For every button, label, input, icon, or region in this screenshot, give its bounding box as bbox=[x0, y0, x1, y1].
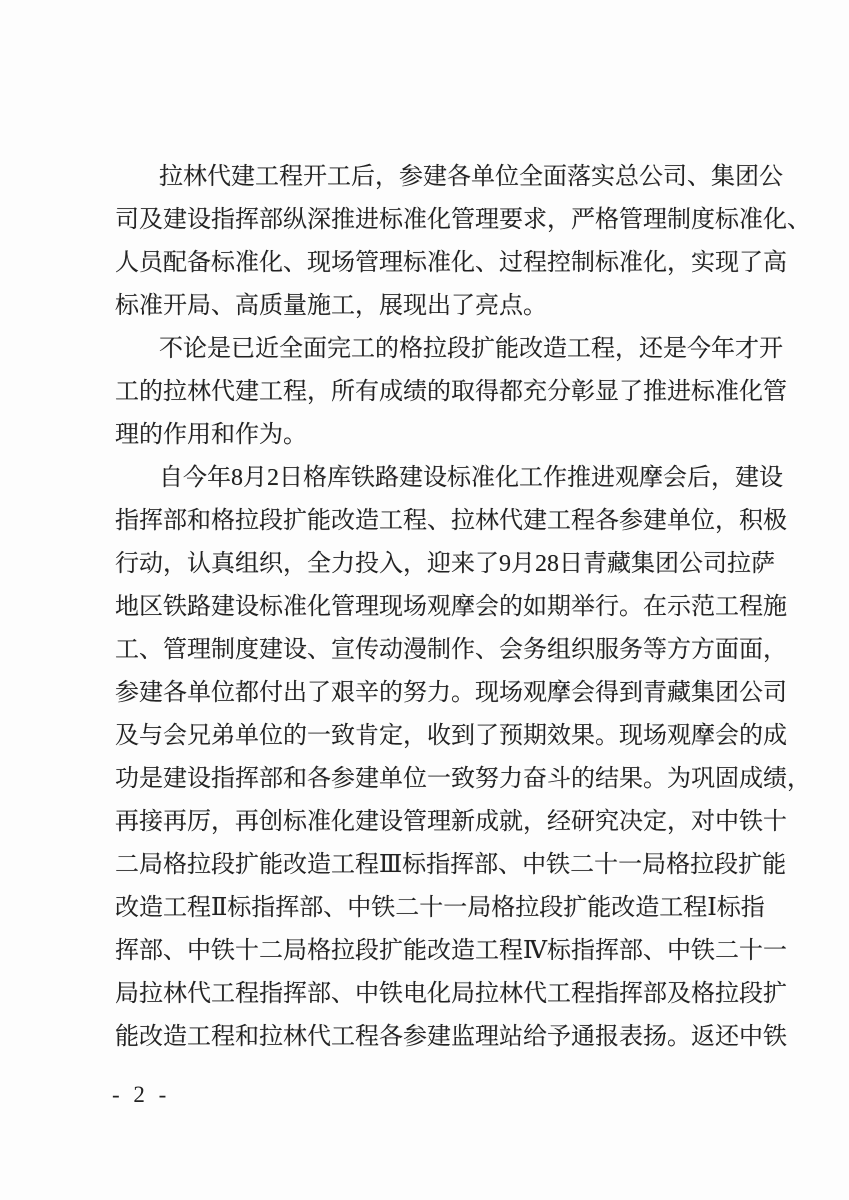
text-line: 人员配备标准化、现场管理标准化、过程控制标准化，实现了高 bbox=[115, 242, 815, 285]
text-line: 挥部、中铁十二局格拉段扩能改造工程Ⅳ标指挥部、中铁二十一 bbox=[115, 930, 815, 973]
text-line: 拉林代建工程开工后，参建各单位全面落实总公司、集团公 bbox=[115, 156, 815, 199]
text-line: 工、管理制度建设、宣传动漫制作、会务组织服务等方方面面， bbox=[115, 629, 815, 672]
text-line: 及与会兄弟单位的一致肯定，收到了预期效果。现场观摩会的成 bbox=[115, 715, 815, 758]
text-line: 行动，认真组织，全力投入，迎来了9月28日青藏集团公司拉萨 bbox=[115, 543, 815, 586]
text-line: 工的拉林代建工程，所有成绩的取得都充分彰显了推进标准化管 bbox=[115, 371, 815, 414]
text-line: 地区铁路建设标准化管理现场观摩会的如期举行。在示范工程施 bbox=[115, 586, 815, 629]
text-line: 能改造工程和拉林代工程各参建监理站给予通报表扬。返还中铁 bbox=[115, 1016, 815, 1059]
text-line: 不论是已近全面完工的格拉段扩能改造工程，还是今年才开 bbox=[115, 328, 815, 371]
text-line: 司及建设指挥部纵深推进标准化管理要求，严格管理制度标准化、 bbox=[115, 199, 815, 242]
text-line: 指挥部和格拉段扩能改造工程、拉林代建工程各参建单位，积极 bbox=[115, 500, 815, 543]
text-line: 二局格拉段扩能改造工程Ⅲ标指挥部、中铁二十一局格拉段扩能 bbox=[115, 844, 815, 887]
text-line: 标准开局、高质量施工，展现出了亮点。 bbox=[115, 285, 815, 328]
text-line: 局拉林代工程指挥部、中铁电化局拉林代工程指挥部及格拉段扩 bbox=[115, 973, 815, 1016]
document-page: 拉林代建工程开工后，参建各单位全面落实总公司、集团公司及建设指挥部纵深推进标准化… bbox=[0, 0, 849, 1200]
text-line: 再接再厉，再创标准化建设管理新成就，经研究决定，对中铁十 bbox=[115, 801, 815, 844]
text-line: 参建各单位都付出了艰辛的努力。现场观摩会得到青藏集团公司 bbox=[115, 672, 815, 715]
document-body: 拉林代建工程开工后，参建各单位全面落实总公司、集团公司及建设指挥部纵深推进标准化… bbox=[115, 156, 815, 1059]
text-line: 理的作用和作为。 bbox=[115, 414, 815, 457]
text-line: 自今年8月2日格库铁路建设标准化工作推进观摩会后，建设 bbox=[115, 457, 815, 500]
page-number: - 2 - bbox=[112, 1080, 170, 1110]
text-line: 改造工程Ⅱ标指挥部、中铁二十一局格拉段扩能改造工程Ⅰ标指 bbox=[115, 887, 815, 930]
text-line: 功是建设指挥部和各参建单位一致努力奋斗的结果。为巩固成绩， bbox=[115, 758, 815, 801]
